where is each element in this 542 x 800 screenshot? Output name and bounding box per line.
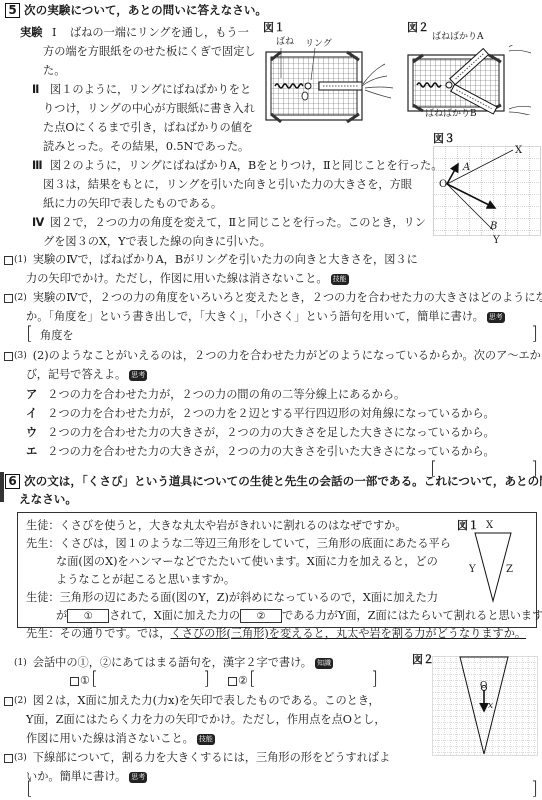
q5-number: 5 (5, 3, 20, 18)
dialog-line: 生徒：くさびを使うと，大きな丸太や岩がきれいに割れるのはなぜですか。 (26, 520, 406, 531)
blank-1: ① (67, 609, 109, 623)
q6-q1a-checkbox[interactable] (70, 677, 79, 686)
q5-question-1: (1)実験のⅣで，ばねばかりA，Bがリングを引いた力の向きと大きさを，図３に (4, 254, 418, 265)
q5-fig1-label: 図１ (263, 22, 285, 33)
q6-q2-line2: Y面，Z面にはたらく力を力の矢印でかけ。ただし，作用点を点Oとし， (26, 714, 386, 725)
thinking-badge: 思考 (129, 370, 147, 381)
q5-q2-line2: か。「角度を」という書き出しで，「大きく」，「小さく」という語句を用いて，簡単に… (26, 311, 505, 323)
step-2-num: Ⅱ (32, 84, 39, 95)
q6-heading: 6次の文は，「くさび」という道具についての生徒と先生の会話の一部である。これにつ… (5, 474, 542, 489)
step-2-line: りつけ，リングの中心が方眼紙に書き入れ (43, 103, 255, 114)
step-2-line: 読みとった。その結果，0.5Nであった。 (43, 141, 249, 152)
choice-a[interactable]: ア２つの力を合わせた力が，２つの力の間の角の二等分線上にあるから。 (26, 389, 405, 400)
q5-question-3: (3)(2)のようなことがいえるのは，２つの力を合わせた力がどのようになっている… (4, 350, 542, 361)
q6-question-3: (3)下線部について，割る力を大きくするには，三角形の形をどうすればよ (4, 752, 390, 763)
q5-fig2-diagram (405, 45, 542, 115)
step-4-num: Ⅳ (32, 217, 44, 228)
blank-2: ② (240, 609, 282, 623)
answer-prefix: 角度を (40, 330, 74, 341)
fig3-point-o: O (439, 180, 447, 190)
dialog-line: が①されて，X面に加えた力の②である力がY面，Z面にはたらいて割れると思います。 (56, 609, 542, 623)
q5-q1-checkbox[interactable] (4, 256, 13, 265)
q6-q2-checkbox[interactable] (4, 697, 13, 706)
dialog-line: 先生：くさびは，図１のような二等辺三角形をしていて，三角形の底面にあたる平ら (26, 538, 451, 549)
step-4-line: 図２で，２つの力の角度を変えて，Ⅱと同じことを行った。このとき，リン (50, 217, 426, 228)
step-1-line: ばねの一端にリングを通し，もう一 (70, 27, 249, 38)
step-3-num: Ⅲ (32, 160, 43, 171)
q6-q2-line3: 作図に用いた線は消さないこと。技能 (26, 733, 215, 745)
step-2-line: た点Oにくるまで引き，ばねばかりの値を (43, 122, 253, 133)
q5-question-2: (2)実験のⅣで，２つの力の角度をいろいろと変えたとき，２つの力を合わせた力の大… (4, 292, 542, 303)
step-3-line: 図２のように，リングにばねばかりA，Bをとりつけ，Ⅱと同じことを行った。 (50, 160, 442, 171)
q6-heading-line2: えなさい。 (19, 494, 77, 506)
skill-badge: 技能 (331, 274, 349, 285)
choice-b[interactable]: イ２つの力を合わせた力が，２つの力を２辺とする平行四辺形の対角線になっているから… (26, 408, 495, 419)
step-2-line: 図１のように，リングにばねばかりをと (50, 84, 251, 95)
dialog-line: 生徒：三角形の辺にあたる面(図のY，Z)が斜めになっているので，X面に加えた力 (26, 592, 438, 603)
q5-q2-checkbox[interactable] (4, 294, 13, 303)
fig2-scale-b-label: ばねばかりB (425, 110, 477, 119)
q5-fig3-grid (433, 146, 541, 236)
thinking-badge: 思考 (487, 312, 505, 323)
fig1-x-label: X (486, 521, 493, 531)
step-3-line: 図３は，結果をもとに，リングを引いた向きと引いた力の大きさを，方眼 (43, 179, 412, 190)
q5-fig2-label: 図２ (407, 22, 429, 33)
q6-q1-answer-1[interactable]: ①[ ] (70, 670, 210, 692)
q5-q1-line2: 力の矢印でかけ。ただし，作図に用いた線は消さないこと。技能 (26, 273, 349, 285)
dialog-line: ようなことが起こると思いますか。 (56, 574, 235, 585)
dialog-line: 先生：その通りです。では，くさびの形(三角形)を変えると，丸太や岩を割る力がどう… (26, 628, 526, 639)
step-1-line: 方の端を方眼紙をのせた板にくぎで固定し (43, 46, 256, 57)
q6-q3-checkbox[interactable] (4, 754, 13, 763)
fig3-line-x-label: X (515, 146, 522, 156)
fig2-force-label: x (488, 702, 493, 711)
experiment-label: 実験 (20, 27, 42, 38)
q6-q3-answer-field[interactable]: [ ] (26, 780, 538, 800)
fig3-arrow-a-label: A (463, 163, 470, 173)
q6-question-2: (2)図２は，X面に加えた力(力x)を矢印で表したものである。このとき， (4, 695, 380, 706)
side-mark (0, 472, 4, 502)
step-1-num: Ⅰ (52, 27, 56, 38)
fig3-line-y-label: Y (493, 236, 500, 246)
q6-fig2-grid (432, 656, 538, 756)
underlined-phrase: くさびの形(三角形)を変えると，丸太や岩を割る力がどうなりますか。 (171, 627, 527, 640)
q6-q1-answer-2[interactable]: ②[ ] (228, 670, 378, 692)
q5-heading: 5次の実験について，あとの問いに答えなさい。 (5, 3, 267, 18)
choice-d[interactable]: エ２つの力を合わせた力の大きさが，２つの力の大きさを引いた大きさになっているから… (26, 446, 495, 457)
step-3-line: 紙に力の矢印で表したものである。 (43, 198, 222, 209)
q5-q2-answer-field[interactable]: [ 角度を ] (26, 325, 538, 347)
step-1-line: た。 (43, 65, 65, 76)
step-4-line: グを図３のX，Yで表した線の向きに引いた。 (43, 236, 271, 247)
q5-q3-line2: び，記号で答えよ。思考 (26, 369, 147, 381)
fig3-arrow-b-label: B (490, 222, 497, 232)
choice-c[interactable]: ウ２つの力を合わせた力の大きさが，２つの力の大きさを足した大きさになっているから… (26, 427, 495, 438)
q6-fig1-label: 図１ (457, 520, 479, 531)
q6-fig2-label: 図２ (412, 654, 434, 665)
knowledge-badge: 知識 (315, 658, 333, 669)
q5-fig1-diagram (263, 48, 405, 128)
fig2-scale-a-label: ばねばかりA (432, 33, 484, 42)
fig1-spring-label: ばね (276, 38, 294, 47)
dialog-line: な面(図のX)をハンマーなどでたたいて使います。X面に力を加えると，どの (56, 556, 438, 567)
q6-number: 6 (5, 474, 20, 489)
q5-q3-checkbox[interactable] (4, 352, 13, 361)
q5-fig3-label: 図３ (433, 133, 455, 144)
skill-badge: 技能 (197, 734, 215, 745)
q6-question-1: (1)会話中の①，②にあてはまる語句を，漢字２字で書け。知識 (14, 657, 333, 669)
wedge-triangle (473, 531, 513, 603)
fig2-point-o: O (480, 682, 487, 691)
q6-q1b-checkbox[interactable] (228, 677, 237, 686)
